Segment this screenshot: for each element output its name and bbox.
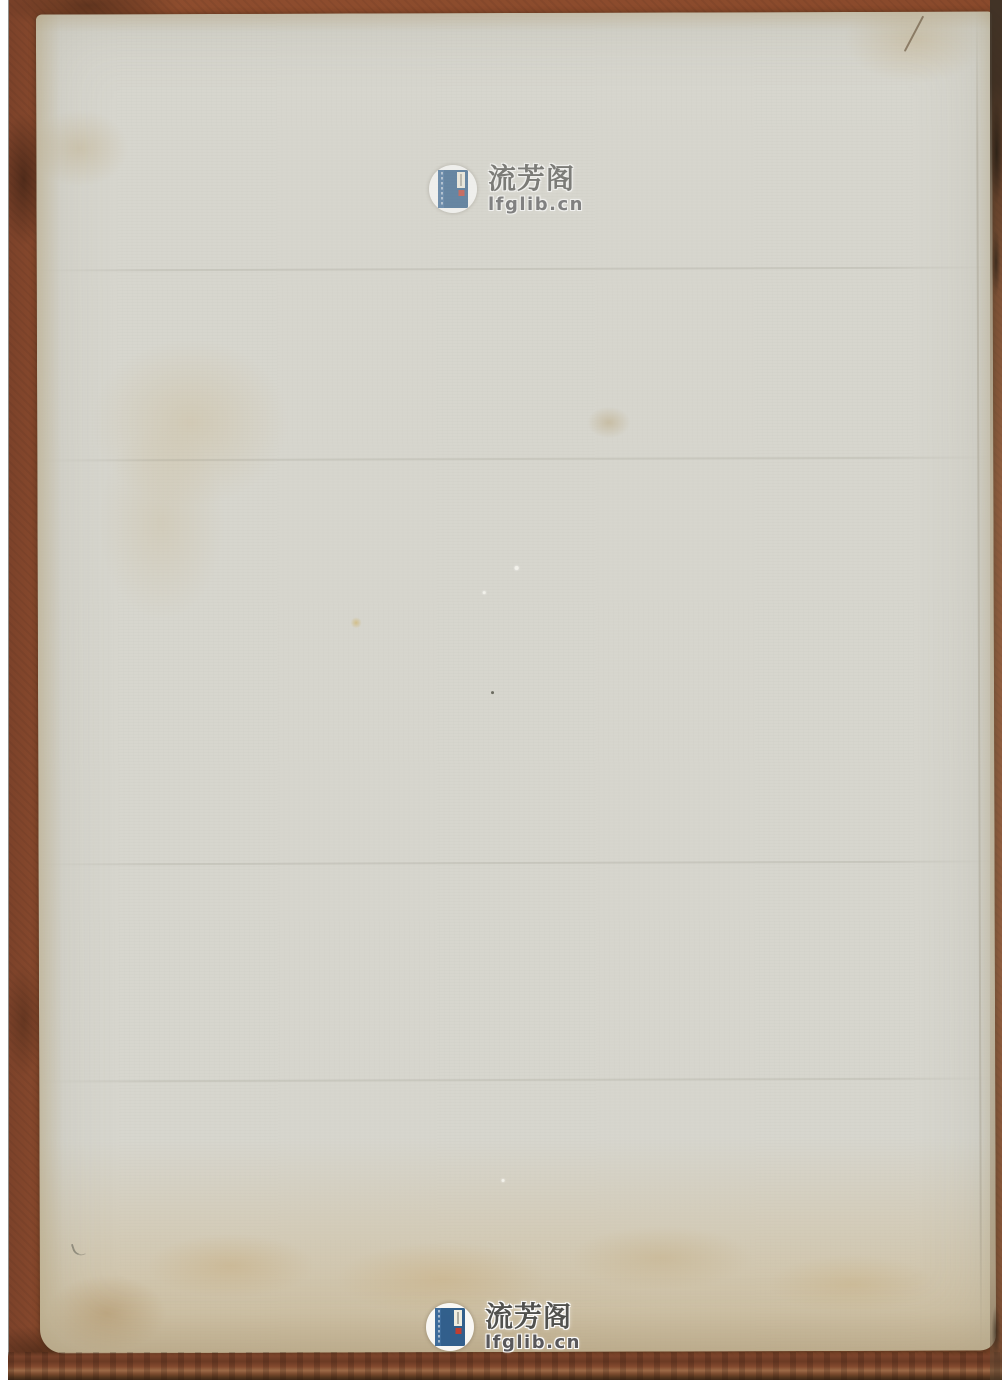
fold-line — [37, 267, 993, 272]
paper-fleck — [483, 591, 486, 594]
bottom-leather-edge — [8, 1352, 1002, 1380]
fold-line — [39, 860, 995, 865]
book-fore-edge — [990, 0, 1002, 1380]
stain-speck — [491, 691, 494, 694]
ink-mark — [71, 1241, 86, 1258]
scan-root: { "watermark": { "site_name": "流芳阁", "si… — [0, 0, 1002, 1387]
paper-fleck — [515, 566, 519, 570]
paper-fleck — [502, 1179, 505, 1182]
blank-page-paper — [36, 12, 996, 1354]
edge-fiber-mark — [904, 16, 924, 52]
book-page-scan: 流芳阁 lfglib.cn 流芳阁 lfglib.cn — [0, 0, 1002, 1387]
fold-line — [39, 1077, 995, 1082]
page-edge-crease — [976, 12, 982, 1351]
fold-line — [37, 456, 993, 461]
